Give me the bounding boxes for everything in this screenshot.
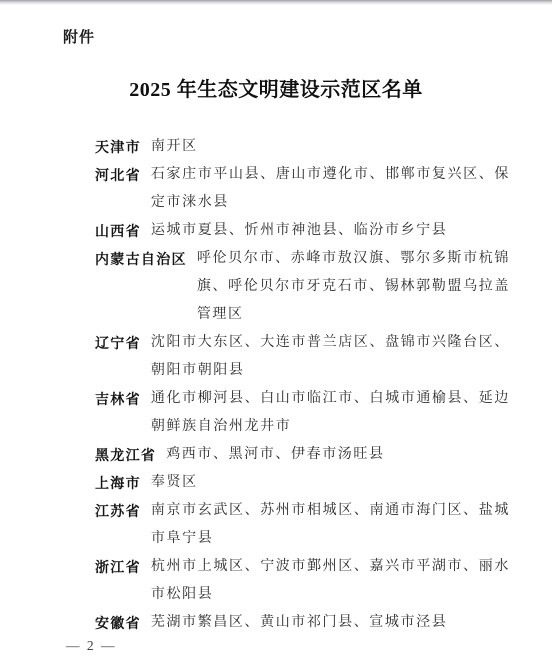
scan-edge-artifact [0,0,552,5]
province-regions: 通化市柳河县、白山市临江市、白城市通榆县、延边朝鲜族自治州龙井市 [151,385,510,441]
province-label: 安徽省 [95,609,141,637]
province-label: 山西省 [95,217,141,245]
province-regions: 沈阳市大东区、大连市普兰店区、盘锦市兴隆台区、朝阳市朝阳县 [151,329,510,385]
province-row: 安徽省芜湖市繁昌区、黄山市祁门县、宣城市泾县 [95,609,510,637]
province-row: 黑龙江省鸡西市、黑河市、伊春市汤旺县 [95,441,510,469]
province-label: 吉林省 [95,385,141,413]
province-row: 山西省运城市夏县、忻州市神池县、临汾市乡宁县 [95,217,510,245]
province-regions: 鸡西市、黑河市、伊春市汤旺县 [166,441,510,469]
province-regions: 奉贤区 [151,469,510,497]
province-label: 上海市 [95,469,141,497]
province-regions: 石家庄市平山县、唐山市遵化市、邯郸市复兴区、保定市涞水县 [151,161,510,217]
province-regions: 南京市玄武区、苏州市相城区、南通市海门区、盐城市阜宁县 [151,497,510,553]
province-label: 黑龙江省 [95,441,156,469]
attachment-label: 附件 [63,26,95,47]
province-regions: 杭州市上城区、宁波市鄞州区、嘉兴市平湖市、丽水市松阳县 [151,553,510,609]
province-regions: 运城市夏县、忻州市神池县、临汾市乡宁县 [151,217,510,245]
province-label: 浙江省 [95,553,141,581]
province-row: 河北省石家庄市平山县、唐山市遵化市、邯郸市复兴区、保定市涞水县 [95,161,510,217]
province-label: 河北省 [95,161,141,189]
province-regions: 芜湖市繁昌区、黄山市祁门县、宣城市泾县 [151,609,510,637]
page-number: — 2 — [66,638,117,654]
document-page: 附件 2025 年生态文明建设示范区名单 天津市南开区河北省石家庄市平山县、唐山… [0,0,552,671]
province-label: 内蒙古自治区 [95,245,187,273]
page-title: 2025 年生态文明建设示范区名单 [0,73,552,102]
province-row: 内蒙古自治区呼伦贝尔市、赤峰市敖汉旗、鄂尔多斯市杭锦旗、呼伦贝尔市牙克石市、锡林… [95,245,510,329]
province-regions: 南开区 [151,133,510,161]
province-label: 江苏省 [95,497,141,525]
province-row: 天津市南开区 [95,133,510,161]
province-row: 辽宁省沈阳市大东区、大连市普兰店区、盘锦市兴隆台区、朝阳市朝阳县 [95,329,510,385]
province-row: 浙江省杭州市上城区、宁波市鄞州区、嘉兴市平湖市、丽水市松阳县 [95,553,510,609]
province-label: 辽宁省 [95,329,141,357]
province-list: 天津市南开区河北省石家庄市平山县、唐山市遵化市、邯郸市复兴区、保定市涞水县山西省… [95,133,510,637]
province-regions: 呼伦贝尔市、赤峰市敖汉旗、鄂尔多斯市杭锦旗、呼伦贝尔市牙克石市、锡林郭勒盟乌拉盖… [197,245,510,329]
province-row: 上海市奉贤区 [95,469,510,497]
province-row: 吉林省通化市柳河县、白山市临江市、白城市通榆县、延边朝鲜族自治州龙井市 [95,385,510,441]
province-row: 江苏省南京市玄武区、苏州市相城区、南通市海门区、盐城市阜宁县 [95,497,510,553]
province-label: 天津市 [95,133,141,161]
